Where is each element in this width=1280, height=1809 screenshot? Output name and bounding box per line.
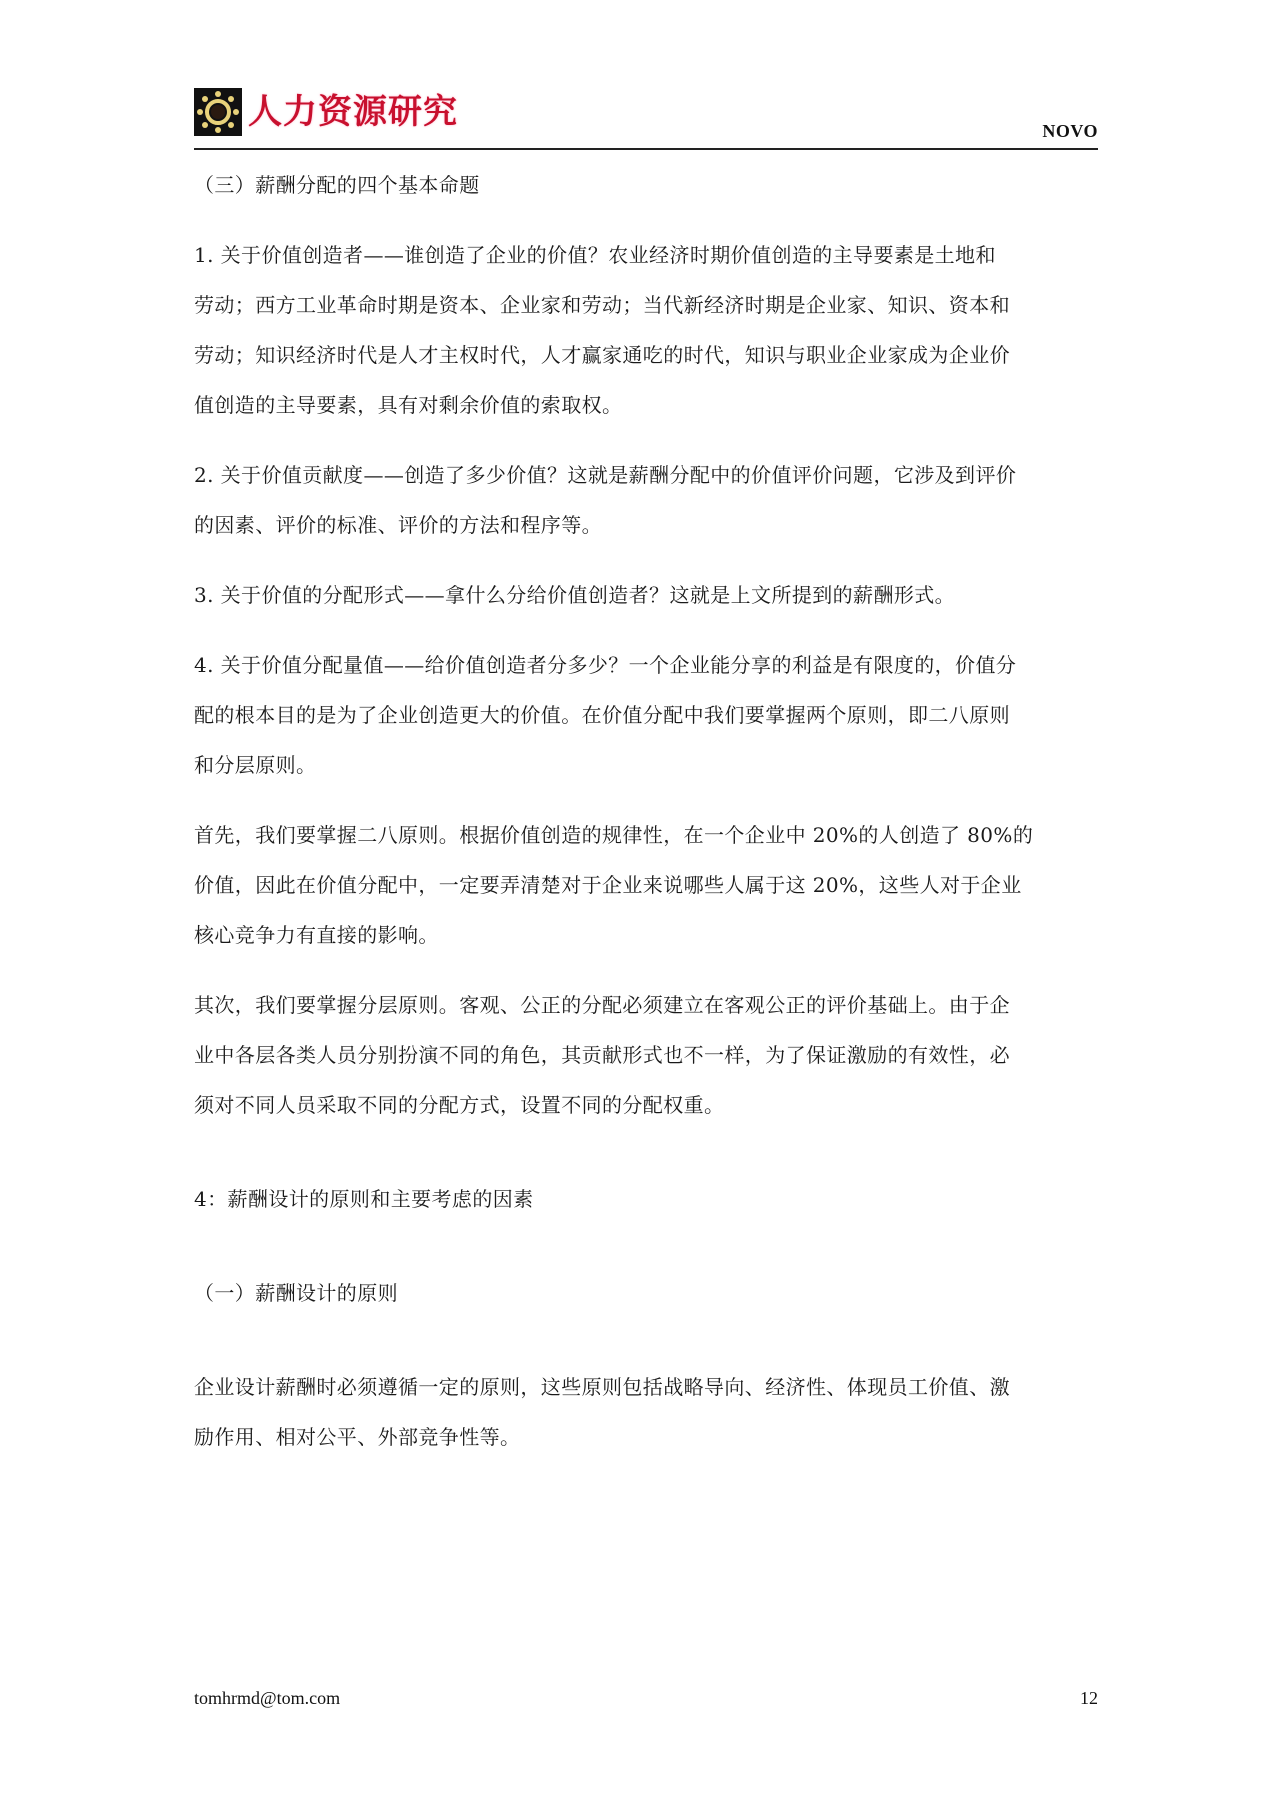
text-line: 和分层原则。 bbox=[194, 740, 1098, 790]
text-line: 励作用、相对公平、外部竞争性等。 bbox=[194, 1412, 1098, 1462]
page-header: 人力资源研究 NOVO bbox=[194, 78, 1098, 148]
text-line: 其次，我们要掌握分层原则。客观、公正的分配必须建立在客观公正的评价基础上。由于企 bbox=[194, 980, 1098, 1030]
document-body: （三）薪酬分配的四个基本命题 1. 关于价值创造者——谁创造了企业的价值？农业经… bbox=[194, 160, 1098, 1462]
paragraph-item-2: 2. 关于价值贡献度——创造了多少价值？这就是薪酬分配中的价值评价问题，它涉及到… bbox=[194, 450, 1098, 550]
paragraph-pareto-principle: 首先，我们要掌握二八原则。根据价值创造的规律性，在一个企业中 20%的人创造了 … bbox=[194, 810, 1098, 960]
text-line: 首先，我们要掌握二八原则。根据价值创造的规律性，在一个企业中 20%的人创造了 … bbox=[194, 810, 1098, 860]
footer-email: tomhrmd@tom.com bbox=[194, 1688, 340, 1709]
text-line: 核心竞争力有直接的影响。 bbox=[194, 910, 1098, 960]
text-line: 价值，因此在价值分配中，一定要弄清楚对于企业来说哪些人属于这 20%，这些人对于… bbox=[194, 860, 1098, 910]
section4-heading: 4：薪酬设计的原则和主要考虑的因素 bbox=[194, 1174, 1098, 1224]
text-line: 2. 关于价值贡献度——创造了多少价值？这就是薪酬分配中的价值评价问题，它涉及到… bbox=[194, 450, 1098, 500]
text-line: 值创造的主导要素，具有对剩余价值的索取权。 bbox=[194, 380, 1098, 430]
logo: 人力资源研究 bbox=[194, 86, 458, 138]
text-line: 劳动；西方工业革命时期是资本、企业家和劳动；当代新经济时期是企业家、知识、资本和 bbox=[194, 280, 1098, 330]
section-heading: （三）薪酬分配的四个基本命题 bbox=[194, 160, 1098, 210]
logo-text: 人力资源研究 bbox=[248, 88, 458, 136]
text-line: 4. 关于价值分配量值——给价值创造者分多少？一个企业能分享的利益是有限度的，价… bbox=[194, 640, 1098, 690]
header-divider bbox=[194, 148, 1098, 150]
brand-label: NOVO bbox=[1042, 121, 1098, 142]
paragraph-item-4: 4. 关于价值分配量值——给价值创造者分多少？一个企业能分享的利益是有限度的，价… bbox=[194, 640, 1098, 790]
paragraph-design-principles: 企业设计薪酬时必须遵循一定的原则，这些原则包括战略导向、经济性、体现员工价值、激… bbox=[194, 1362, 1098, 1462]
page-number: 12 bbox=[1080, 1688, 1098, 1709]
paragraph-item-3: 3. 关于价值的分配形式——拿什么分给价值创造者？这就是上文所提到的薪酬形式。 bbox=[194, 570, 1098, 620]
text-line: 3. 关于价值的分配形式——拿什么分给价值创造者？这就是上文所提到的薪酬形式。 bbox=[194, 570, 1098, 620]
sun-gear-icon bbox=[194, 88, 242, 136]
text-line: 配的根本目的是为了企业创造更大的价值。在价值分配中我们要掌握两个原则，即二八原则 bbox=[194, 690, 1098, 740]
page-footer: tomhrmd@tom.com 12 bbox=[194, 1688, 1098, 1718]
text-line: 1. 关于价值创造者——谁创造了企业的价值？农业经济时期价值创造的主导要素是土地… bbox=[194, 230, 1098, 280]
subsection-heading: （一）薪酬设计的原则 bbox=[194, 1268, 1098, 1318]
text-line: 的因素、评价的标准、评价的方法和程序等。 bbox=[194, 500, 1098, 550]
text-line: 企业设计薪酬时必须遵循一定的原则，这些原则包括战略导向、经济性、体现员工价值、激 bbox=[194, 1362, 1098, 1412]
paragraph-layer-principle: 其次，我们要掌握分层原则。客观、公正的分配必须建立在客观公正的评价基础上。由于企… bbox=[194, 980, 1098, 1130]
text-line: 须对不同人员采取不同的分配方式，设置不同的分配权重。 bbox=[194, 1080, 1098, 1130]
text-line: 业中各层各类人员分别扮演不同的角色，其贡献形式也不一样，为了保证激励的有效性，必 bbox=[194, 1030, 1098, 1080]
text-line: 劳动；知识经济时代是人才主权时代，人才赢家通吃的时代，知识与职业企业家成为企业价 bbox=[194, 330, 1098, 380]
paragraph-item-1: 1. 关于价值创造者——谁创造了企业的价值？农业经济时期价值创造的主导要素是土地… bbox=[194, 230, 1098, 430]
